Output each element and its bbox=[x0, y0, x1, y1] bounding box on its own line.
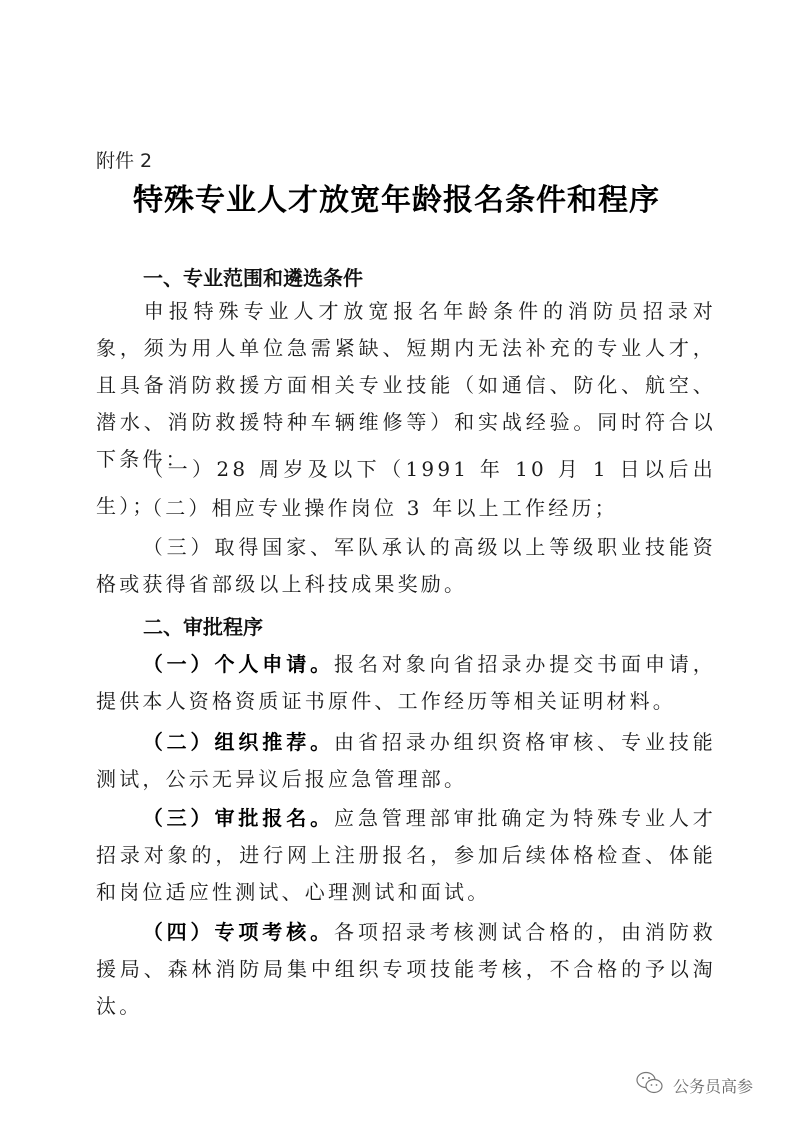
step-2: （二）组织推荐。由省招录办组织资格审核、专业技能测试，公示无异议后报应急管理部。 bbox=[96, 724, 716, 798]
section2-heading: 二、审批程序 bbox=[143, 611, 263, 640]
condition-2: （二）相应专业操作岗位 3 年以上工作经历； bbox=[96, 490, 716, 527]
watermark: 公务员高参 bbox=[635, 1070, 753, 1100]
step-4: （四）专项考核。各项招录考核测试合格的，由消防救援局、森林消防局集中组织专项技能… bbox=[96, 914, 716, 1025]
step-1-label: （一）个人申请。 bbox=[142, 652, 334, 676]
attachment-label: 附件 2 bbox=[96, 146, 152, 173]
section1-heading: 一、专业范围和遴选条件 bbox=[143, 262, 363, 291]
watermark-text: 公务员高参 bbox=[673, 1074, 753, 1097]
step-2-label: （二）组织推荐。 bbox=[142, 730, 334, 754]
condition-3: （三）取得国家、军队承认的高级以上等级职业技能资格或获得省部级以上科技成果奖励。 bbox=[96, 529, 716, 603]
step-1: （一）个人申请。报名对象向省招录办提交书面申请，提供本人资格资质证书原件、工作经… bbox=[96, 646, 716, 720]
step-4-label: （四）专项考核。 bbox=[142, 920, 334, 944]
step-3-label: （三）审批报名。 bbox=[142, 806, 334, 830]
document-title: 特殊专业人才放宽年龄报名条件和程序 bbox=[0, 175, 793, 219]
wechat-icon bbox=[635, 1070, 665, 1100]
step-3: （三）审批报名。应急管理部审批确定为特殊专业人才招录对象的，进行网上注册报名，参… bbox=[96, 800, 716, 911]
